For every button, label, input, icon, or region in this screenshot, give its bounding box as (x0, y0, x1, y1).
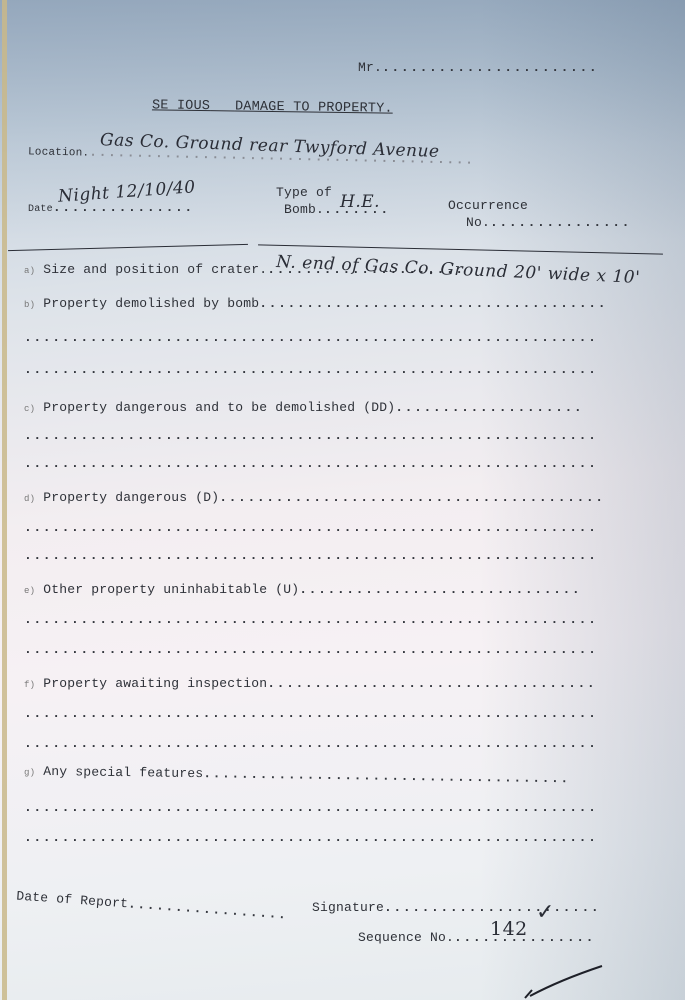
section-label: Property demolished by bomb (43, 296, 259, 311)
blank-line: ........................................… (24, 548, 645, 563)
blank-line: ........................................… (24, 612, 645, 627)
bomb-type-label-2: Bomb. (284, 202, 324, 217)
page-edge (2, 0, 7, 1000)
signature-field: Signature....................... (312, 900, 600, 915)
section-marker: d) (24, 494, 35, 504)
section-label: Any special features (43, 764, 203, 781)
section-special-features: g) Any special features.................… (24, 764, 645, 788)
blank-line: ........................................… (24, 736, 645, 751)
section-label: Property dangerous and to be demolished … (43, 400, 395, 415)
section-label: Other property uninhabitable (U) (43, 582, 299, 597)
blank-line: ........................................… (24, 362, 645, 377)
tick-mark-icon: ✓ (536, 900, 555, 925)
blank-line: ........................................… (24, 706, 645, 721)
check-stroke-icon (520, 960, 610, 1000)
section-label: Property awaiting inspection (43, 676, 267, 691)
blank-line: ........................................… (24, 330, 645, 345)
blank-line: ........................................… (24, 428, 645, 443)
section-label: Size and position of crater. (43, 262, 267, 277)
date-of-report-field: Date of Report................. (16, 889, 288, 923)
occurrence-field: Occurrence No................ (448, 197, 631, 231)
form-title: SE IOUS DAMAGE TO PROPERTY. (152, 98, 393, 116)
section-dangerous-demolish: c) Property dangerous and to be demolish… (24, 400, 645, 415)
sequence-field: Sequence No................ (358, 930, 595, 945)
crater-value: N. end of Gas Co. Ground 20' wide x 10' (276, 252, 641, 288)
mr-label: Mr. (358, 60, 382, 75)
occurrence-label-2: No. (466, 215, 490, 230)
blank-line: ........................................… (24, 830, 645, 845)
sequence-value: 142 (490, 918, 528, 940)
section-marker: f) (24, 680, 35, 690)
location-label: Location. (28, 146, 89, 159)
signature-label: Signature (312, 900, 384, 915)
section-marker: a) (24, 266, 35, 276)
blank-line: ........................................… (24, 520, 645, 535)
section-marker: c) (24, 404, 35, 414)
bomb-type-value: H.E. (340, 192, 380, 212)
blank-line: ........................................… (24, 800, 645, 815)
section-dangerous: d) Property dangerous (D)...............… (24, 490, 645, 505)
section-awaiting-inspection: f) Property awaiting inspection.........… (24, 676, 645, 691)
section-marker: b) (24, 300, 35, 310)
sequence-label: Sequence No. (358, 930, 454, 945)
section-uninhabitable: e) Other property uninhabitable (U).....… (24, 582, 645, 597)
occurrence-label-1: Occurrence (448, 197, 631, 214)
section-demolished: b) Property demolished by bomb..........… (24, 296, 645, 311)
section-marker: g) (24, 768, 35, 778)
blank-line: ........................................… (24, 642, 645, 657)
mr-field: Mr........................ (358, 60, 598, 75)
divider-left (8, 244, 248, 251)
section-marker: e) (24, 586, 35, 596)
date-of-report-label: Date of Report (16, 889, 129, 912)
date-label: Date (28, 204, 53, 215)
section-label: Property dangerous (D) (43, 490, 219, 505)
blank-line: ........................................… (24, 456, 645, 471)
title-part-1: SE IOUS (152, 98, 210, 114)
title-part-2: DAMAGE TO PROPERTY. (235, 99, 393, 116)
